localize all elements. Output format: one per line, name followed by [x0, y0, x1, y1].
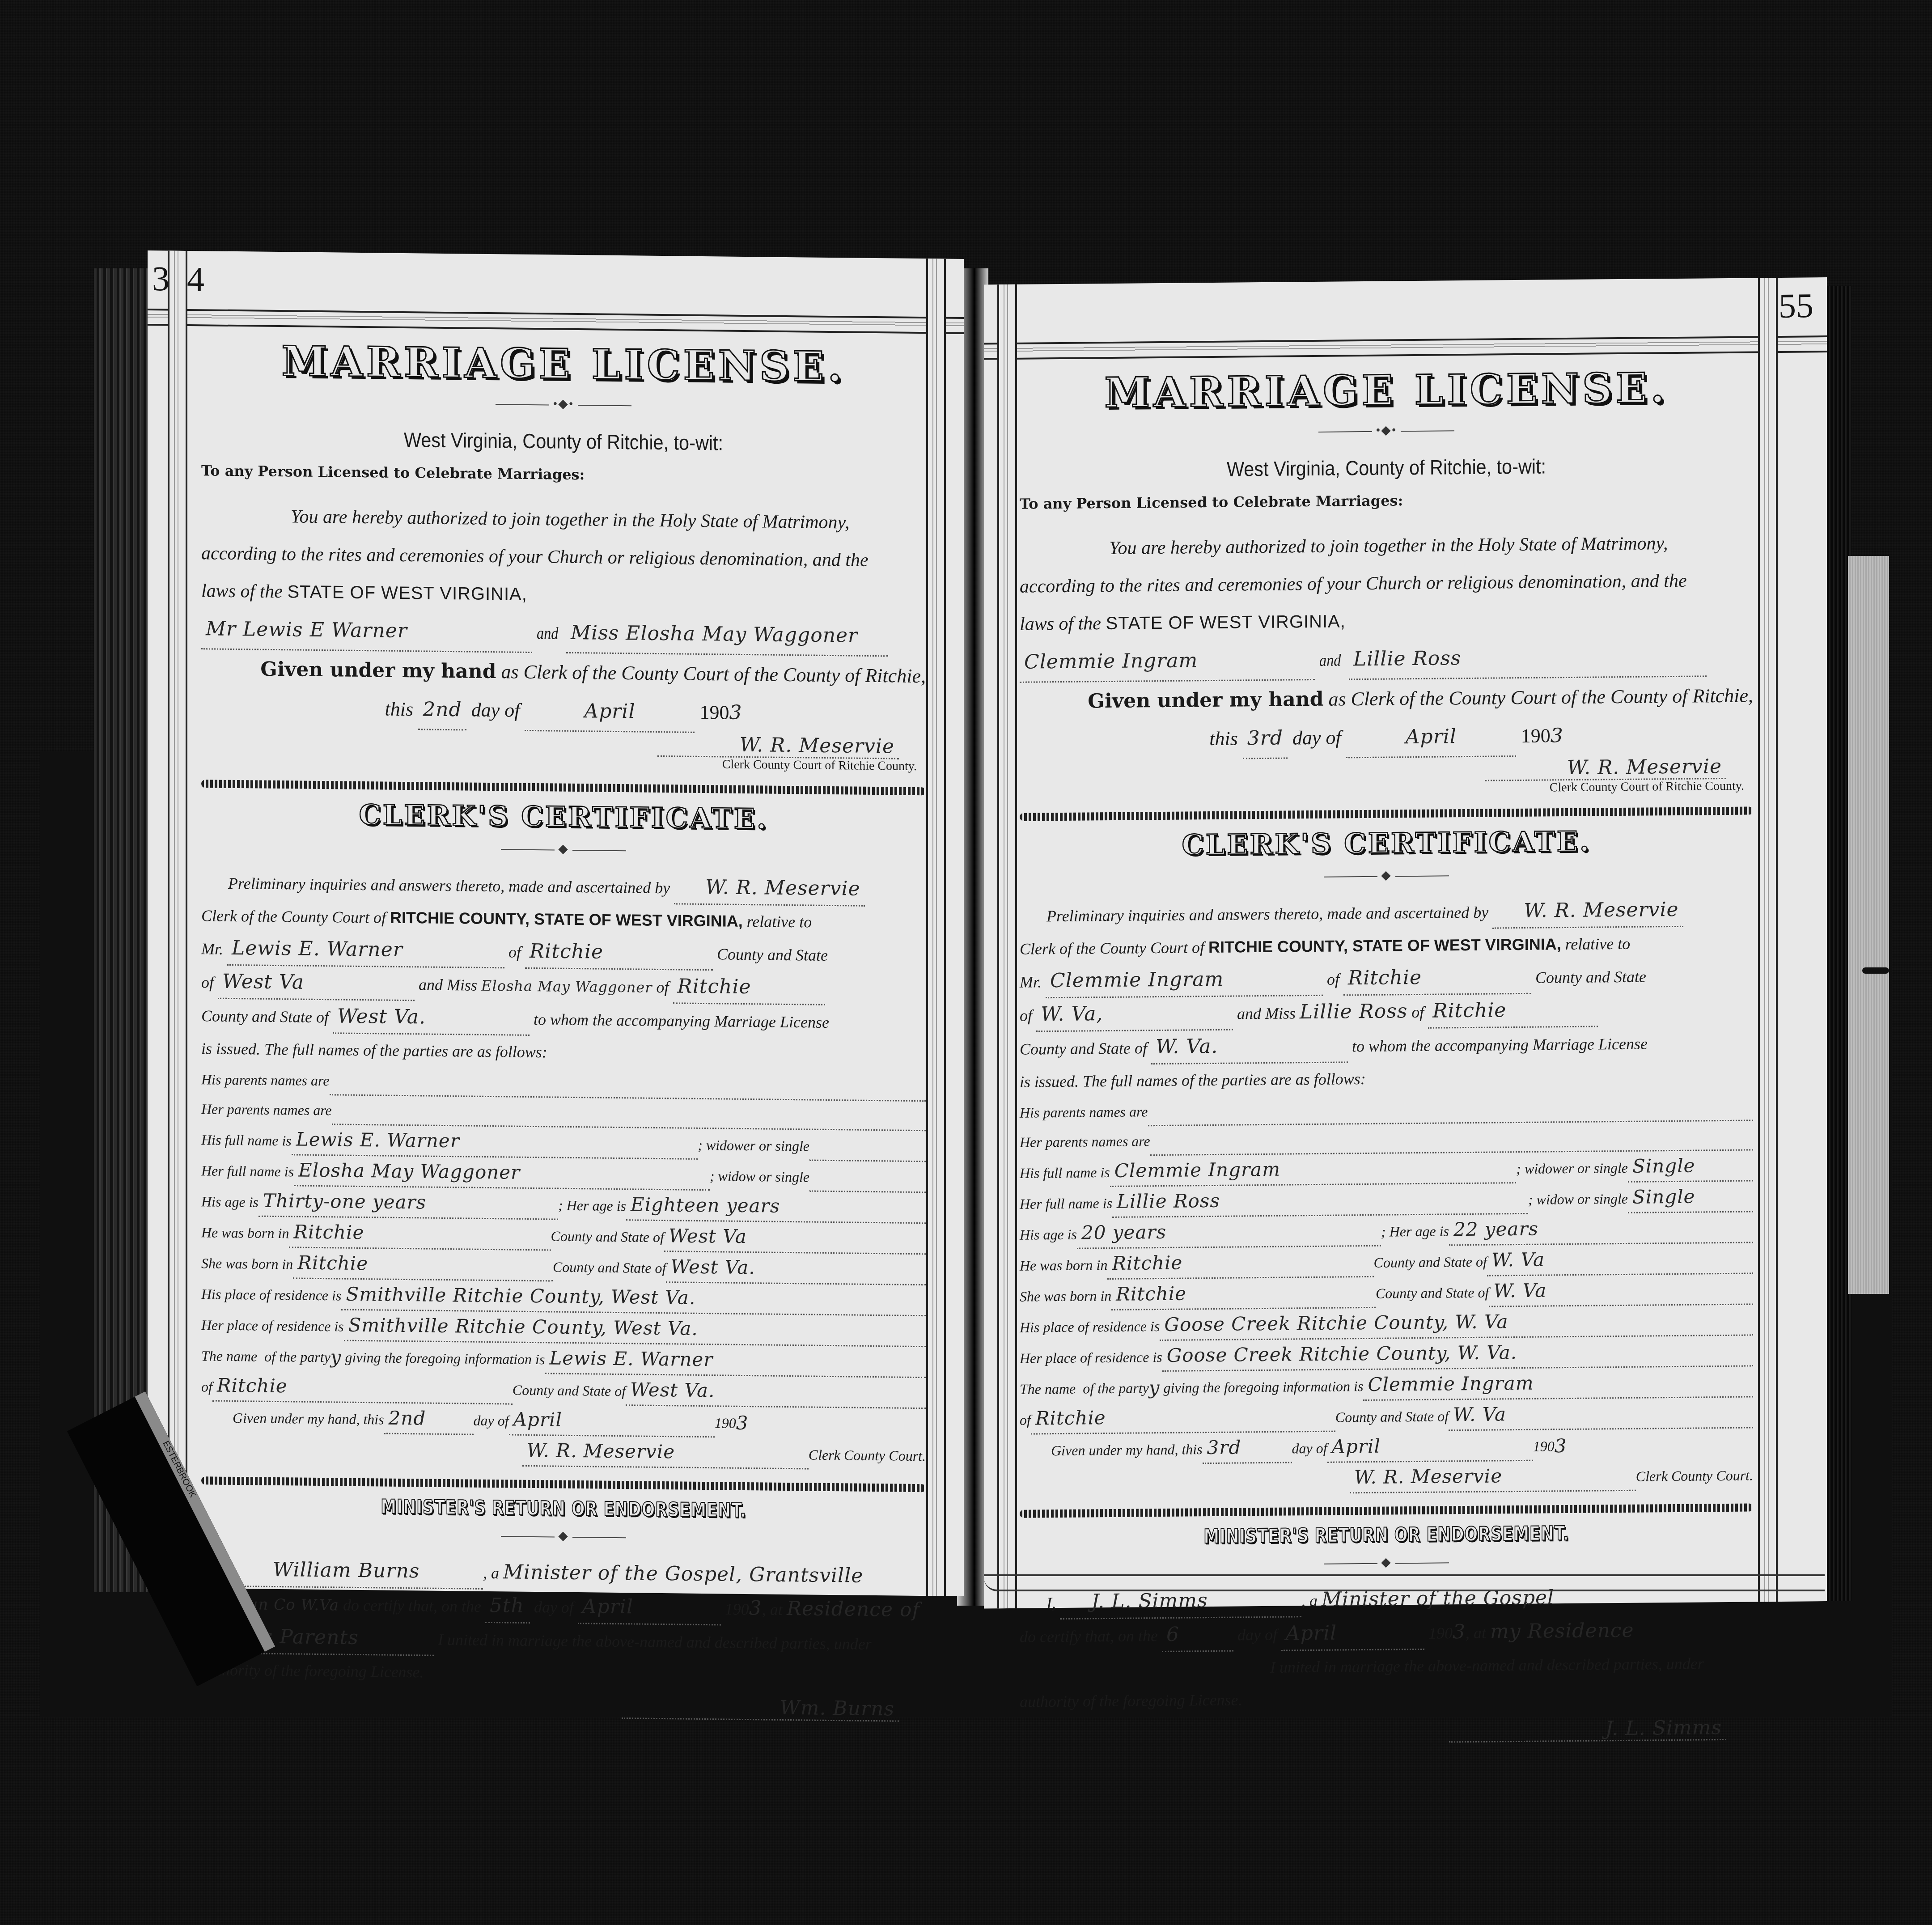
- left-border-rule: [997, 284, 1017, 1608]
- right-border-rule: [926, 259, 946, 1596]
- ornament-divider: ◆: [201, 1524, 926, 1547]
- given-under-hand: Given under my hand as Clerk of the Coun…: [1020, 676, 1753, 721]
- tab-mark: [1862, 967, 1889, 974]
- informant-location-row: ofRitchieCounty and State ofW. Va: [1020, 1397, 1753, 1434]
- ornament-divider: •◆•: [1020, 419, 1753, 441]
- section-divider: [201, 780, 926, 795]
- certificate-body: Preliminary inquiries and answers theret…: [1020, 893, 1753, 1098]
- page-355: 355 MARRIAGE LICENSE. •◆• West Virginia,…: [984, 277, 1827, 1608]
- license-date: this 2nd day of April 1903: [201, 688, 926, 735]
- state-line: West Virginia, County of Ritchie, to-wit…: [237, 426, 890, 457]
- page-354: 354 MARRIAGE LICENSE. •◆• West Virginia,…: [148, 250, 964, 1596]
- certificate-body: Preliminary inquiries and answers theret…: [201, 866, 926, 1072]
- ornament-divider: ◆: [1020, 864, 1753, 886]
- license-section: MARRIAGE LICENSE. •◆• West Virginia, Cou…: [201, 336, 926, 1722]
- ornament-divider: •◆•: [201, 392, 926, 415]
- authorization-line-2: according to the rites and ceremonies of…: [1020, 561, 1753, 605]
- index-tab: [1848, 556, 1889, 1294]
- groom-name: Mr Lewis E Warner: [201, 610, 532, 653]
- ornament-divider: ◆: [1020, 1551, 1753, 1573]
- couple-line: Mr Lewis E Warner and Miss Elosha May Wa…: [201, 610, 926, 657]
- authorization-line-3: laws of the STATE OF WEST VIRGINIA,: [1020, 599, 1753, 643]
- bottom-border-rule: [984, 1574, 1825, 1591]
- top-border-rule: [148, 309, 964, 334]
- ministers-return-title: MINISTER'S RETURN OR ENDORSEMENT.: [274, 1494, 853, 1523]
- salutation: To any Person Licensed to Celebrate Marr…: [201, 462, 926, 487]
- bride-name: Lillie Ross: [1349, 637, 1707, 680]
- groom-name: Clemmie Ingram: [1020, 640, 1315, 683]
- right-border-rule: [1758, 278, 1778, 1602]
- couple-line: Clemmie Ingram and Lillie Ross: [1020, 636, 1753, 683]
- top-border-rule: [984, 335, 1827, 360]
- certificate-signature-row: W. R. MeservieClerk County Court.: [1020, 1459, 1753, 1496]
- state-line: West Virginia, County of Ritchie, to-wit…: [1056, 453, 1716, 483]
- left-border-rule: [168, 250, 187, 1588]
- ministers-return-title: MINISTER'S RETURN OR ENDORSEMENT.: [1093, 1521, 1680, 1549]
- section-divider: [1020, 806, 1753, 821]
- authorization-line-1: You are hereby authorized to join togeth…: [1020, 524, 1753, 568]
- license-section: MARRIAGE LICENSE. •◆• West Virginia, Cou…: [1020, 363, 1753, 1746]
- section-divider: [1020, 1503, 1753, 1518]
- clerks-certificate-title: CLERK'S CERTIFICATE.: [1020, 823, 1753, 862]
- salutation: To any Person Licensed to Celebrate Marr…: [1020, 489, 1753, 512]
- ornament-divider: ◆: [201, 837, 926, 860]
- given-under-hand: Given under my hand as Clerk of the Coun…: [201, 649, 926, 695]
- clerks-certificate-title: CLERK'S CERTIFICATE.: [201, 797, 926, 837]
- minister-return-body: I, J. L. Simms, a Minister of the Gospel…: [1020, 1580, 1753, 1717]
- minister-return-body: I, William Burns, a Minister of the Gosp…: [201, 1553, 926, 1693]
- marriage-license-title: MARRIAGE LICENSE.: [1020, 363, 1753, 417]
- license-date: this 3rd day of April 1903: [1020, 715, 1753, 761]
- bride-name: Miss Elosha May Waggoner: [566, 614, 888, 657]
- section-divider: [201, 1476, 926, 1492]
- marriage-license-title: MARRIAGE LICENSE.: [201, 336, 926, 392]
- page-stack-right: [1825, 286, 1851, 1601]
